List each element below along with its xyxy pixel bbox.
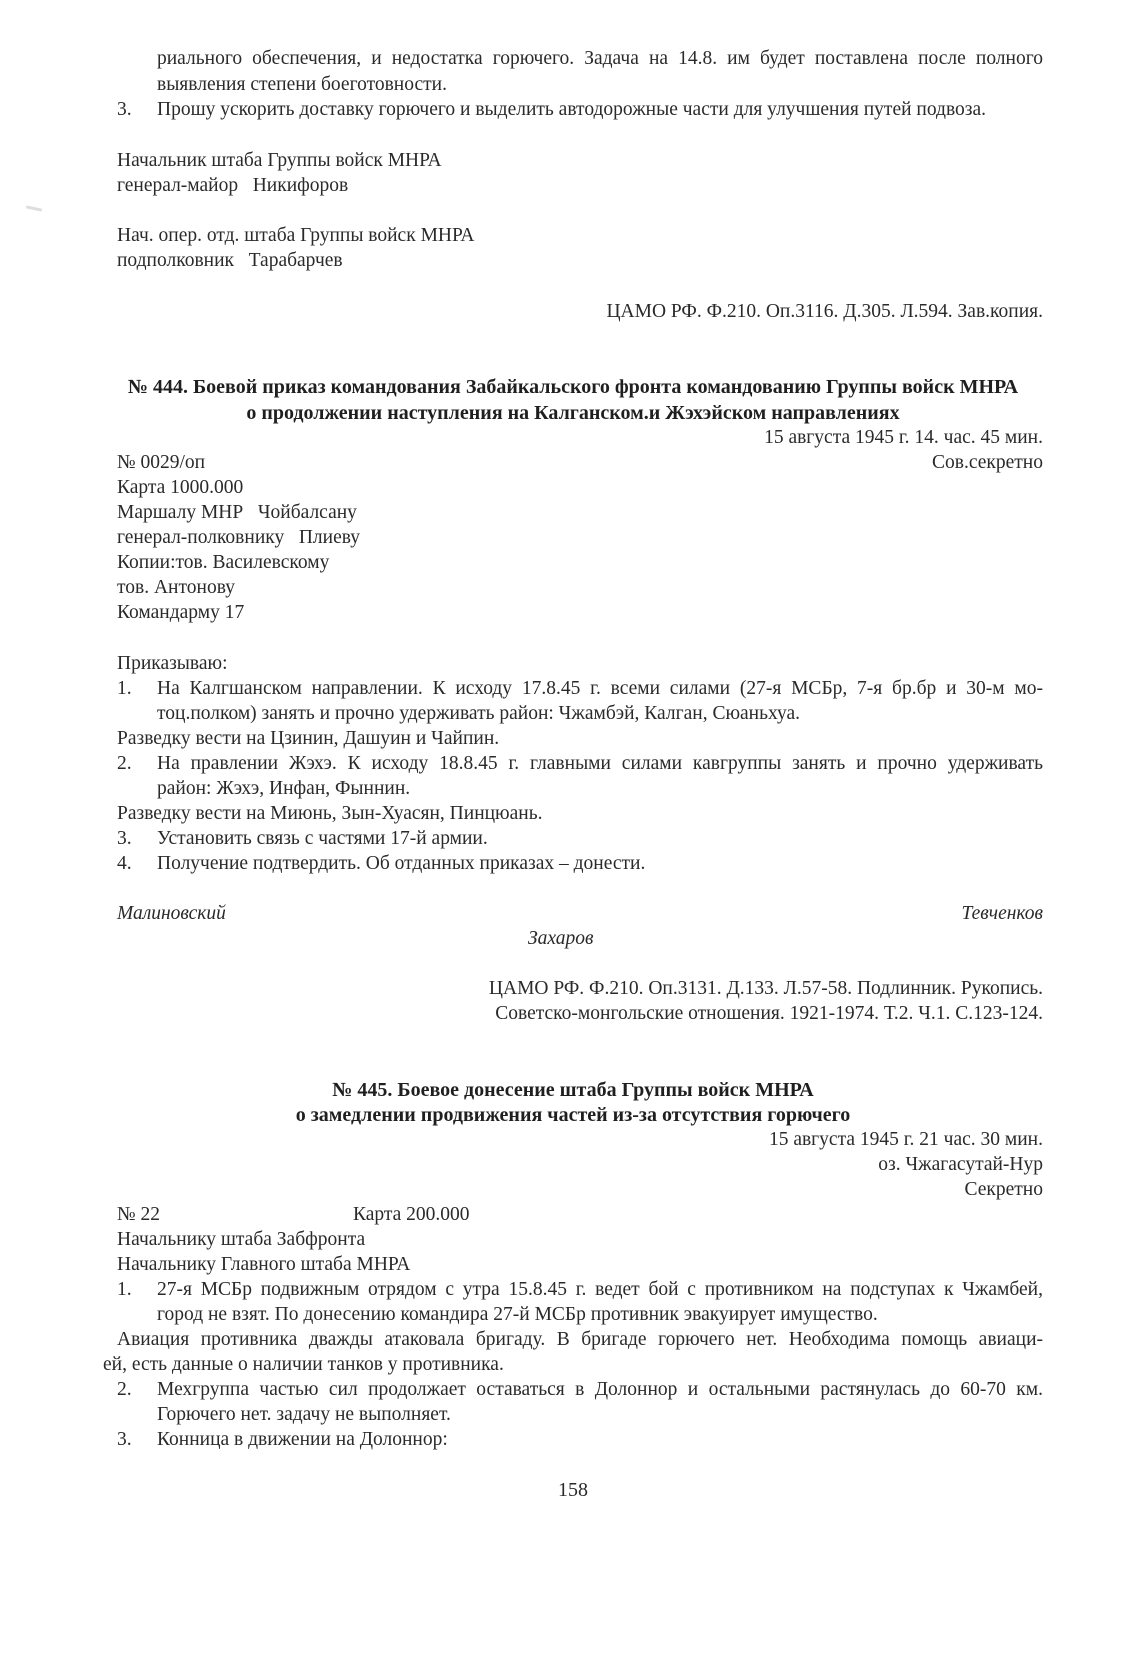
prev-continuation-line2: выявления степени боеготовности. — [157, 72, 447, 98]
doc444-signature-right: Тевченков — [962, 901, 1044, 927]
doc445-map: Карта 200.000 — [353, 1202, 470, 1228]
doc445-addressee: Начальнику Главного штаба МНРА — [117, 1252, 410, 1278]
scan-smudge — [26, 205, 42, 211]
prev-archive-source: ЦАМО РФ. Ф.210. Оп.3116. Д.305. Л.594. З… — [606, 299, 1043, 325]
doc445-addressee: Начальнику штаба Забфронта — [117, 1227, 365, 1253]
prev-signature2-name: подполковник Тарабарчев — [117, 248, 343, 274]
doc444-item2-number: 2. — [117, 751, 132, 777]
doc445-number: № 22 — [117, 1202, 160, 1228]
prev-item3-text: Прошу ускорить доставку горючего и выдел… — [157, 97, 986, 123]
doc445-item2-number: 2. — [117, 1377, 132, 1403]
doc444-title-line2: о продолжении наступления на Калганском.… — [0, 400, 1146, 426]
doc445-item3-text: Конница в движении на Долоннор: — [157, 1427, 448, 1453]
doc445-item1-number: 1. — [117, 1277, 132, 1303]
doc444-addressee: тов. Антонову — [117, 575, 235, 601]
doc444-number: № 0029/оп — [117, 450, 205, 476]
doc445-datetime: 15 августа 1945 г. 21 час. 30 мин. — [769, 1127, 1043, 1153]
doc444-addressee: генерал-полковнику Плиеву — [117, 525, 360, 551]
doc444-addressee: Маршалу МНР Чойбалсану — [117, 500, 357, 526]
doc444-archive-source: ЦАМО РФ. Ф.210. Оп.3131. Д.133. Л.57-58.… — [489, 976, 1043, 1002]
doc444-classification: Сов.секретно — [932, 450, 1043, 476]
doc445-classification: Секретно — [965, 1177, 1044, 1203]
page-number: 158 — [0, 1477, 1146, 1503]
doc444-title-line1: № 444. Боевой приказ командования Забайк… — [0, 374, 1146, 400]
prev-item3-number: 3. — [117, 97, 132, 123]
doc444-datetime: 15 августа 1945 г. 14. час. 45 мин. — [764, 425, 1043, 451]
doc444-addressee: Командарму 17 — [117, 600, 244, 626]
doc444-item4-text: Получение подтвердить. Об отданных прика… — [157, 851, 645, 877]
doc444-item1-line1: На Калгшанском направлении. К исходу 17.… — [157, 676, 1043, 702]
doc445-item3-number: 3. — [117, 1427, 132, 1453]
doc445-title-line2: о замедлении продвижения частей из-за от… — [0, 1102, 1146, 1128]
doc444-signature-center: Захаров — [528, 926, 594, 952]
doc444-item3-number: 3. — [117, 826, 132, 852]
doc445-item2-line2: Горючего нет. задачу не выполняет. — [157, 1402, 451, 1428]
doc444-map: Карта 1000.000 — [117, 475, 243, 501]
doc444-recon2: Разведку вести на Миюнь, Зын-Хуасян, Пин… — [117, 801, 543, 827]
doc444-order-intro: Приказываю: — [117, 651, 228, 677]
doc445-item1-line2: город не взят. По донесению командира 27… — [157, 1302, 878, 1328]
doc444-signature-left: Малиновский — [117, 901, 226, 927]
prev-signature2-title: Нач. опер. отд. штаба Группы войск МНРА — [117, 223, 474, 249]
doc444-item3-text: Установить связь с частями 17-й армии. — [157, 826, 488, 852]
doc444-item1-line2: тоц.полком) занять и прочно удерживать р… — [157, 701, 800, 727]
doc444-item4-number: 4. — [117, 851, 132, 877]
doc445-title-line1: № 445. Боевое донесение штаба Группы вой… — [0, 1077, 1146, 1103]
prev-continuation-line1: риального обеспечения, и недостатка горю… — [157, 46, 1043, 72]
doc444-item1-number: 1. — [117, 676, 132, 702]
document-page: риального обеспечения, и недостатка горю… — [0, 0, 1146, 1654]
prev-signature1-name: генерал-майор Никифоров — [117, 173, 348, 199]
doc444-item2-line2: район: Жэхэ, Инфан, Фыннин. — [157, 776, 410, 802]
doc444-recon1: Разведку вести на Цзинин, Дашуин и Чайпи… — [117, 726, 499, 752]
doc445-item2-line1: Мехгруппа частью сил продолжает оставать… — [157, 1377, 1043, 1403]
prev-signature1-title: Начальник штаба Группы войск МНРА — [117, 148, 442, 174]
doc445-location: оз. Чжагасутай-Нур — [878, 1152, 1043, 1178]
doc445-paragraph-line2: ей, есть данные о наличии танков у проти… — [103, 1352, 504, 1378]
doc445-paragraph-line1: Авиация противника дважды атаковала бриг… — [117, 1327, 1043, 1353]
doc444-item2-line1: На правлении Жэхэ. К исходу 18.8.45 г. г… — [157, 751, 1043, 777]
doc445-item1-line1: 27-я МСБр подвижным отрядом с утра 15.8.… — [157, 1277, 1043, 1303]
doc444-addressee: Копии:тов. Василевскому — [117, 550, 329, 576]
doc444-publication-source: Советско-монгольские отношения. 1921-197… — [495, 1001, 1043, 1027]
